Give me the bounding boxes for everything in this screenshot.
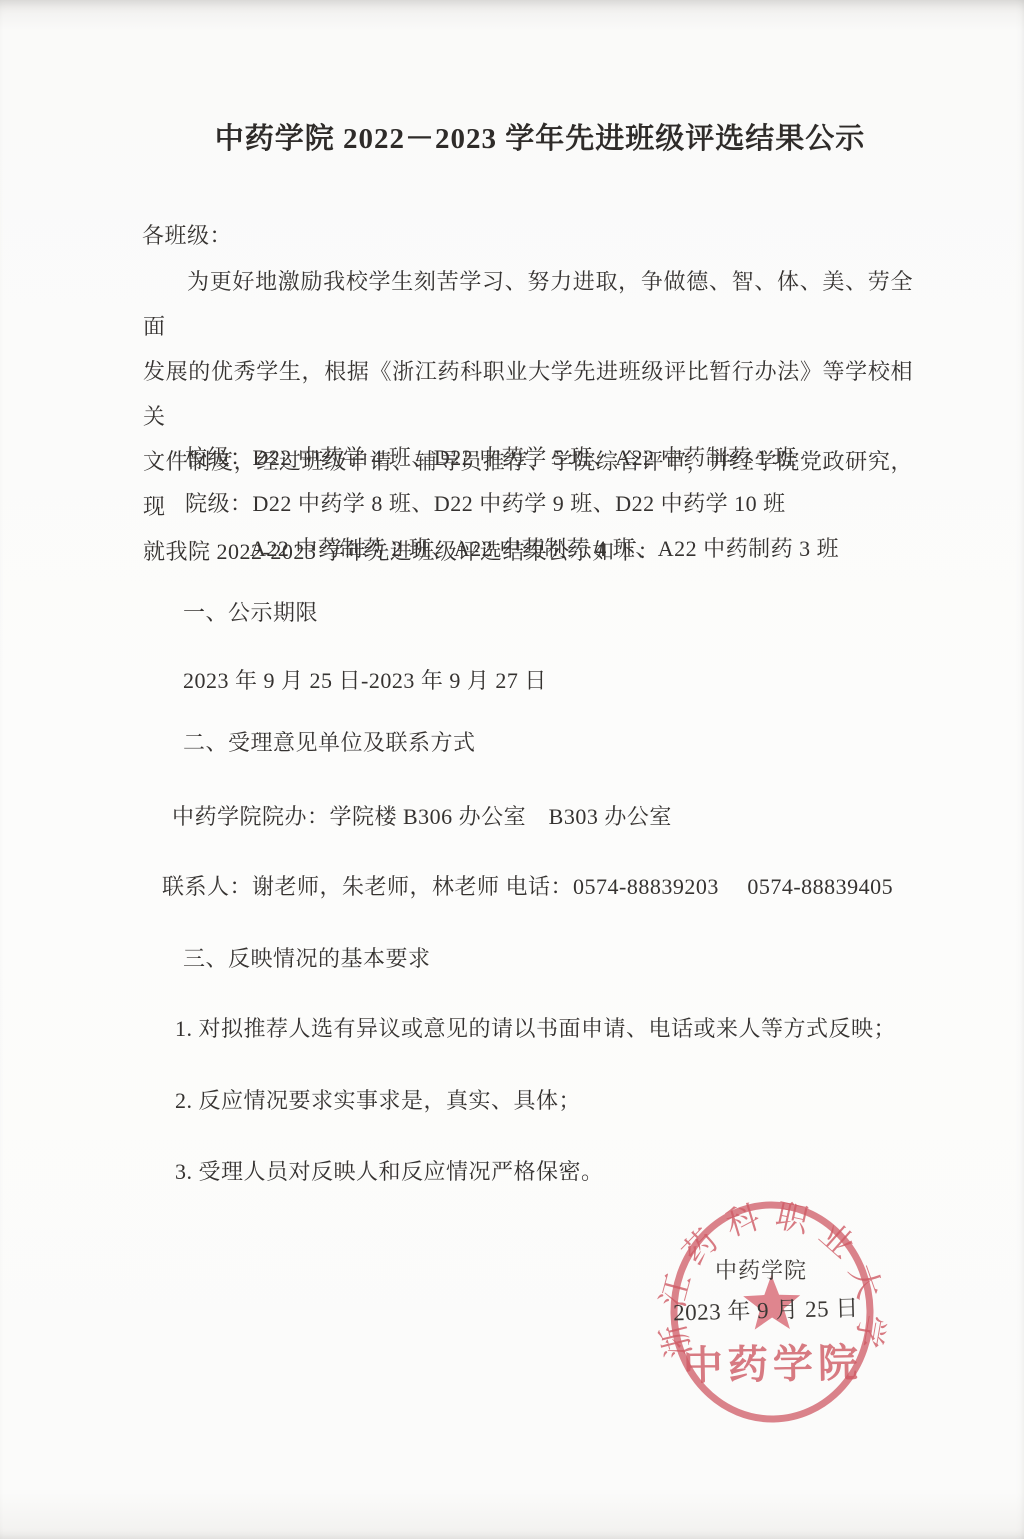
requirement-item-1: 1. 对拟推荐人选有异议或意见的请以书面申请、电话或来人等方式反映；	[175, 1014, 896, 1044]
seal-name-text: 中药学院	[683, 1340, 864, 1388]
result-line-college-level-2: A22 中药制药 2 班、A22 中药制药 4 班、A22 中药制药 3 班	[250, 534, 839, 564]
signature-date: 2023 年 9 月 25 日	[673, 1295, 859, 1328]
result-line-school-level: 校级：D22 中药学 4 班、D22 中药学 5 班、A22 中药制药 1 班	[185, 443, 797, 473]
scanned-document-page: 中药学院 2022－2023 学年先进班级评选结果公示 各班级： 为更好地激励我…	[0, 0, 1024, 1539]
requirement-item-2: 2. 反应情况要求实事求是，真实、具体；	[175, 1086, 581, 1116]
intro-line: 发展的优秀学生，根据《浙江药科职业大学先进班级评比暂行办法》等学校相关	[143, 349, 913, 439]
office-location-line: 中药学院院办：学院楼 B306 办公室 B303 办公室	[172, 802, 672, 832]
publicity-period-dates: 2023 年 9 月 25 日-2023 年 9 月 27 日	[183, 666, 547, 696]
signature-org: 中药学院	[715, 1258, 807, 1284]
salutation: 各班级：	[142, 221, 232, 251]
page-title: 中药学院 2022－2023 学年先进班级评选结果公示	[215, 121, 866, 157]
section-heading-feedback-requirements: 三、反映情况的基本要求	[183, 944, 431, 974]
result-line-college-level-1: 院级：D22 中药学 8 班、D22 中药学 9 班、D22 中药学 10 班	[185, 489, 786, 519]
contact-person-line: 联系人：谢老师，朱老师，林老师 电话：0574-88839203 0574-88…	[162, 872, 893, 902]
section-heading-publicity-period: 一、公示期限	[183, 598, 318, 628]
requirement-item-3: 3. 受理人员对反映人和反应情况严格保密。	[175, 1157, 604, 1187]
intro-paragraph: 为更好地激励我校学生刻苦学习、努力进取，争做德、智、体、美、劳全面 发展的优秀学…	[143, 259, 913, 574]
section-heading-contact-unit: 二、受理意见单位及联系方式	[183, 728, 476, 758]
intro-line: 为更好地激励我校学生刻苦学习、努力进取，争做德、智、体、美、劳全面	[143, 259, 913, 349]
